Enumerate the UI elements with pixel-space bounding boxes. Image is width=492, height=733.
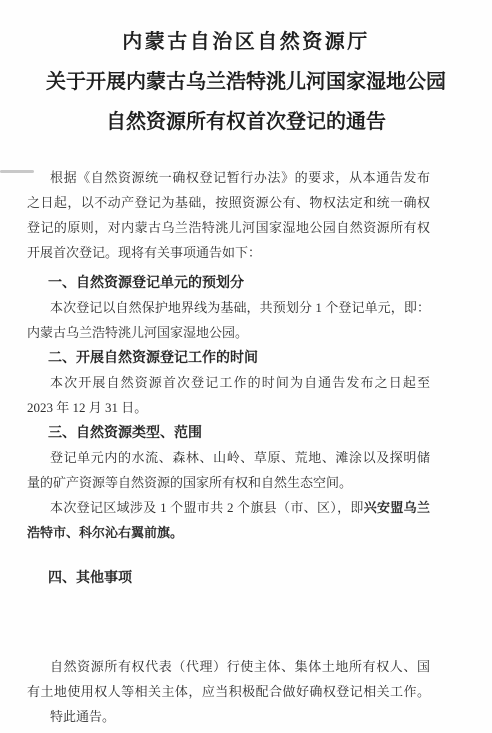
notice-document-page: 内蒙古自治区自然资源厅 关于开展内蒙古乌兰浩特洮儿河国家湿地公园 自然资源所有权…: [0, 0, 492, 733]
region-names-bold-start: 兴安盟乌兰: [364, 500, 430, 515]
section-3-paragraph-1: 登记单元内的水流、森林、山岭、草原、荒地、滩涂以及探明储 量的矿产资源等自然资源…: [27, 445, 430, 495]
intro-line-2: 之日起，以不动产登记为基础，按照资源公有、物权法定和统一确权: [27, 190, 430, 215]
section-heading-3: 三、自然资源类型、范围: [27, 420, 430, 445]
section-1-paragraph: 本次登记以自然保护地界线为基础，共预划分 1 个登记单元，即： 内蒙古乌兰浩特洮…: [27, 295, 430, 345]
intro-line-1: 根据《自然资源统一确权登记暂行办法》的要求，从本通告发布: [27, 165, 430, 190]
section-2-line-2: 2023 年 12 月 31 日。: [27, 395, 430, 420]
intro-paragraph: 根据《自然资源统一确权登记暂行办法》的要求，从本通告发布 之日起，以不动产登记为…: [27, 165, 430, 265]
section-1-line-2: 内蒙古乌兰浩特洮儿河国家湿地公园。: [27, 320, 430, 345]
section-heading-4: 四、其他事项: [27, 565, 430, 590]
document-title-block: 内蒙古自治区自然资源厅 关于开展内蒙古乌兰浩特洮儿河国家湿地公园 自然资源所有权…: [0, 0, 492, 142]
document-body: 根据《自然资源统一确权登记暂行办法》的要求，从本通告发布 之日起，以不动产登记为…: [27, 165, 430, 729]
section-2-paragraph: 本次开展自然资源首次登记工作的时间为自通告发布之日起至 2023 年 12 月 …: [27, 370, 430, 420]
intro-line-3: 登记的原则，对内蒙古乌兰浩特洮儿河国家湿地公园自然资源所有权: [27, 215, 430, 240]
section-heading-1: 一、自然资源登记单元的预划分: [27, 270, 430, 295]
section-1-line-1: 本次登记以自然保护地界线为基础，共预划分 1 个登记单元，即：: [27, 295, 430, 320]
region-names-bold-end: 浩特市、科尔沁右翼前旗。: [27, 525, 183, 540]
scan-artifact-mark: [0, 170, 34, 173]
issuer-title-line: 内蒙古自治区自然资源厅: [0, 22, 492, 62]
section-3-paragraph-2: 本次登记区域涉及 1 个盟市共 2 个旗县（市、区），即兴安盟乌兰 浩特市、科尔…: [27, 495, 430, 545]
closing-line-2: 有土地使用权人等相关主体，应当积极配合做好确权登记相关工作。: [27, 679, 430, 704]
closing-line-1: 自然资源所有权代表（代理）行使主体、集体土地所有权人、国: [27, 654, 430, 679]
subject-title-line-2: 自然资源所有权首次登记的通告: [0, 102, 492, 142]
closing-final-line: 特此通告。: [27, 704, 430, 729]
section-3-p2-line-1: 本次登记区域涉及 1 个盟市共 2 个旗县（市、区），即兴安盟乌兰: [27, 495, 430, 520]
region-count-text: 本次登记区域涉及 1 个盟市共 2 个旗县（市、区），即: [50, 500, 364, 515]
section-3-p1-line-2: 量的矿产资源等自然资源的国家所有权和自然生态空间。: [27, 470, 430, 495]
section-heading-2: 二、开展自然资源登记工作的时间: [27, 345, 430, 370]
subject-title-line-1: 关于开展内蒙古乌兰浩特洮儿河国家湿地公园: [0, 62, 492, 102]
closing-paragraph: 自然资源所有权代表（代理）行使主体、集体土地所有权人、国 有土地使用权人等相关主…: [27, 654, 430, 704]
section-2-line-1: 本次开展自然资源首次登记工作的时间为自通告发布之日起至: [27, 370, 430, 395]
intro-line-4: 开展首次登记。现将有关事项通告如下：: [27, 240, 430, 265]
section-3-p2-line-2: 浩特市、科尔沁右翼前旗。: [27, 520, 430, 545]
section-3-p1-line-1: 登记单元内的水流、森林、山岭、草原、荒地、滩涂以及探明储: [27, 445, 430, 470]
